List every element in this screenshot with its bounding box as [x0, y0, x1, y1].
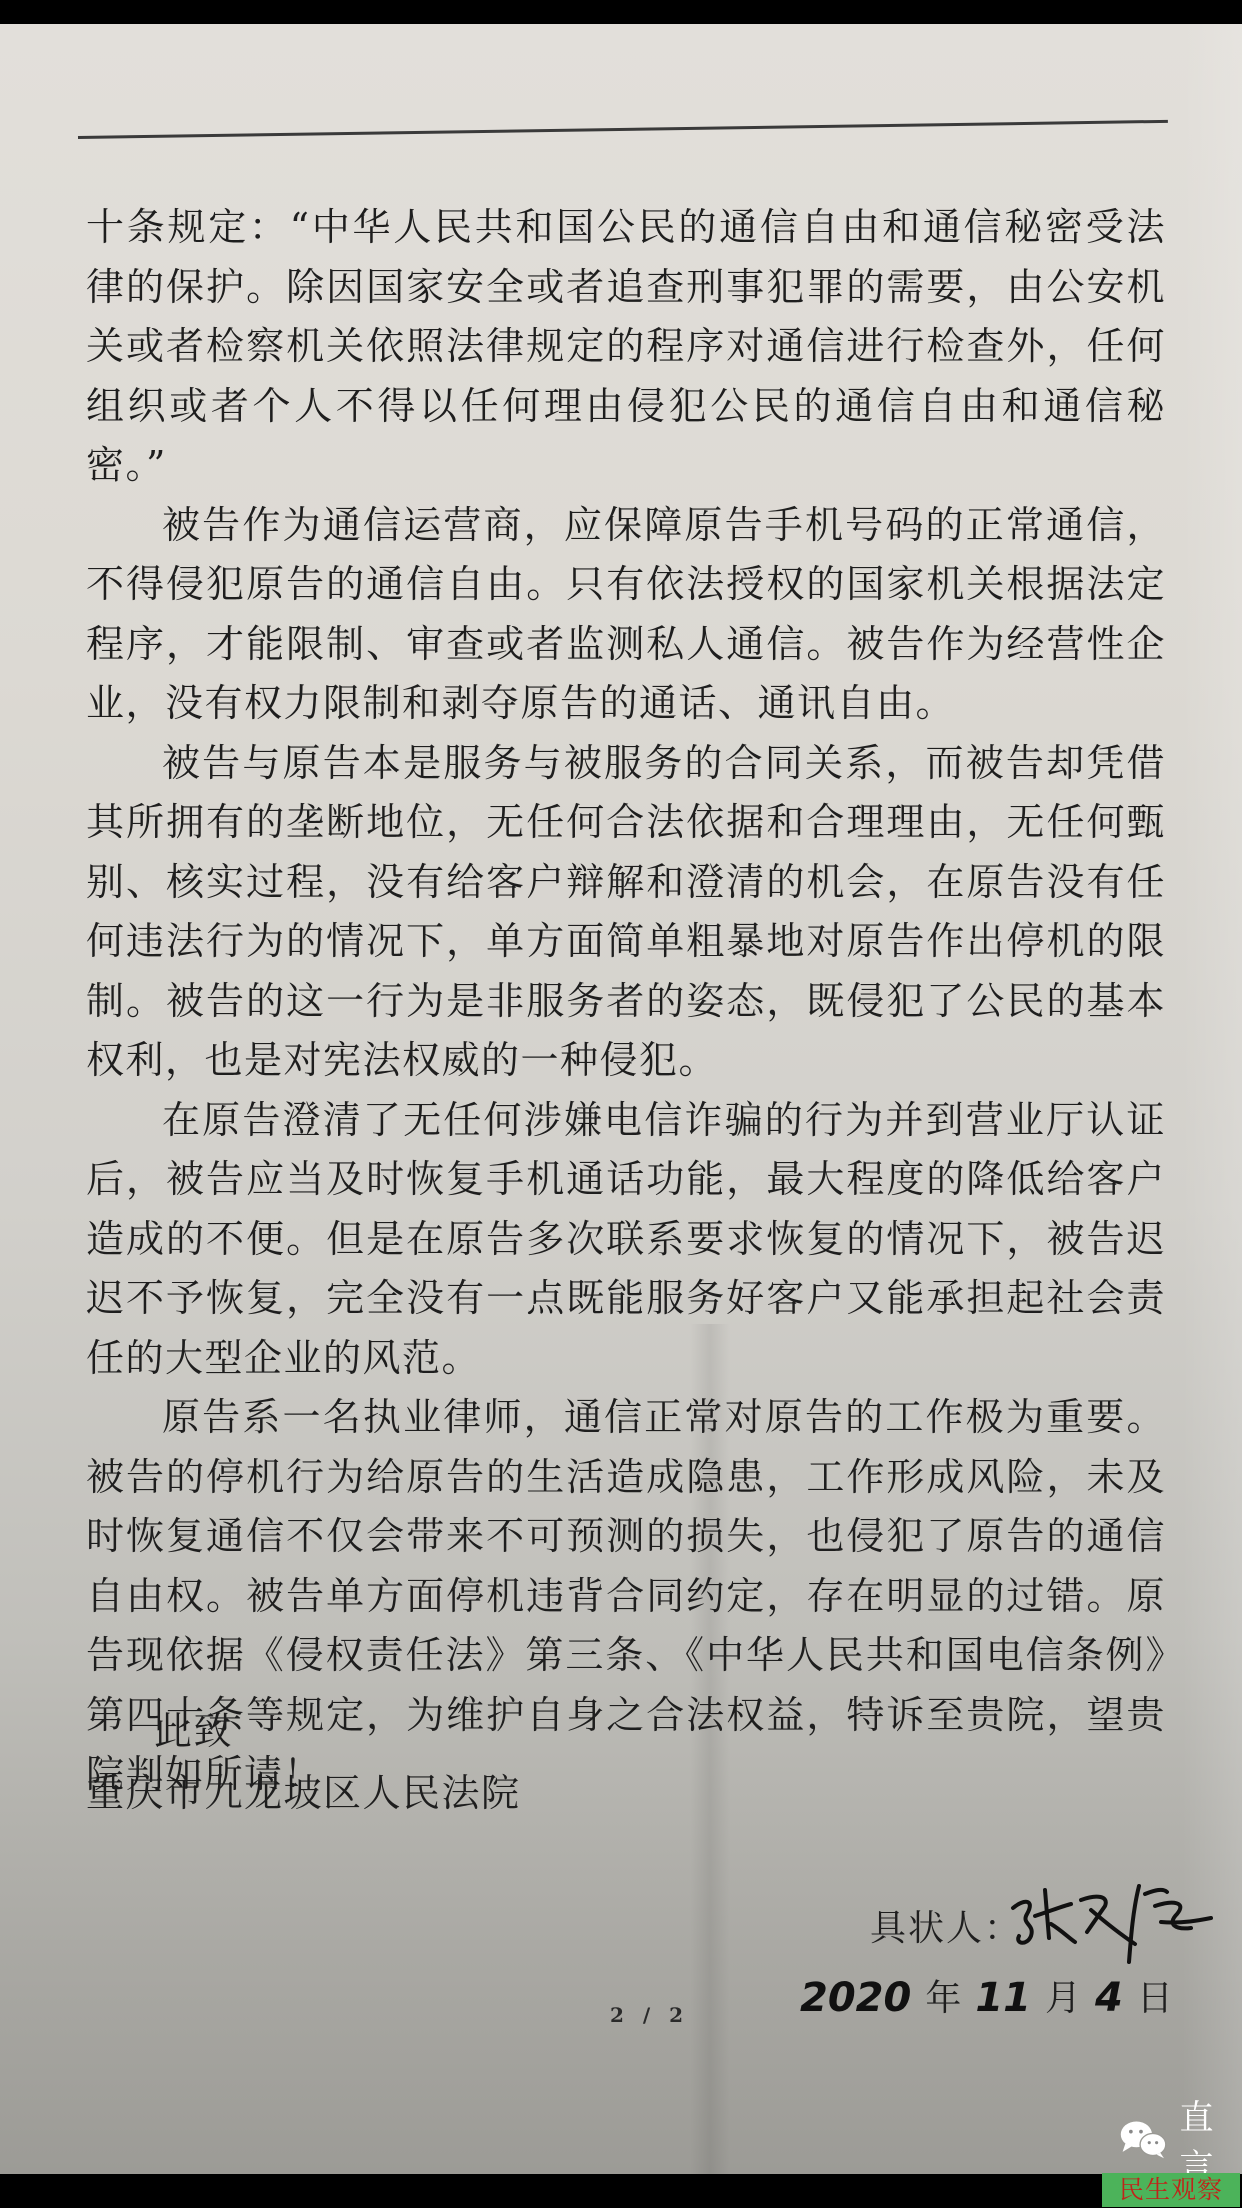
filing-date: 2020 年 11 月 4 日 [800, 1970, 1173, 2021]
handwritten-signature [1005, 1880, 1215, 1965]
closing-block: 此致 重庆市九龙坡区人民法院 [86, 1700, 786, 1824]
wechat-icon [1118, 2117, 1169, 2161]
date-year: 2020 [800, 1975, 911, 2021]
paragraph-1: 十条规定：“中华人民共和国公民的通信自由和通信秘密受法律的保护。除因国家安全或者… [86, 198, 1166, 496]
date-day: 4 [1095, 1975, 1123, 2021]
date-month-suffix: 月 [1045, 1970, 1081, 2021]
plaintiff-label: 具状人： [870, 1900, 1022, 1951]
date-day-suffix: 日 [1137, 1970, 1173, 2021]
top-black-bar [0, 0, 1242, 24]
date-year-suffix: 年 [925, 1970, 961, 2021]
salutation: 此致 [86, 1700, 786, 1762]
paragraph-2: 被告作为通信运营商，应保障原告手机号码的正常通信，不得侵犯原告的通信自由。只有依… [86, 496, 1166, 734]
bottom-black-bar [0, 2183, 1242, 2208]
court-name: 重庆市九龙坡区人民法院 [86, 1762, 786, 1824]
complaint-body: 十条规定：“中华人民共和国公民的通信自由和通信秘密受法律的保护。除因国家安全或者… [86, 198, 1166, 1805]
paragraph-3: 被告与原告本是服务与被服务的合同关系，而被告却凭借其所拥有的垄断地位，无任何合法… [86, 734, 1166, 1091]
source-badge: 民生观察 [1102, 2173, 1240, 2207]
page-number: 2 / 2 [610, 2003, 689, 2027]
paragraph-4: 在原告澄清了无任何涉嫌电信诈骗的行为并到营业厅认证后，被告应当及时恢复手机通话功… [86, 1091, 1166, 1389]
date-month: 11 [975, 1975, 1031, 2021]
